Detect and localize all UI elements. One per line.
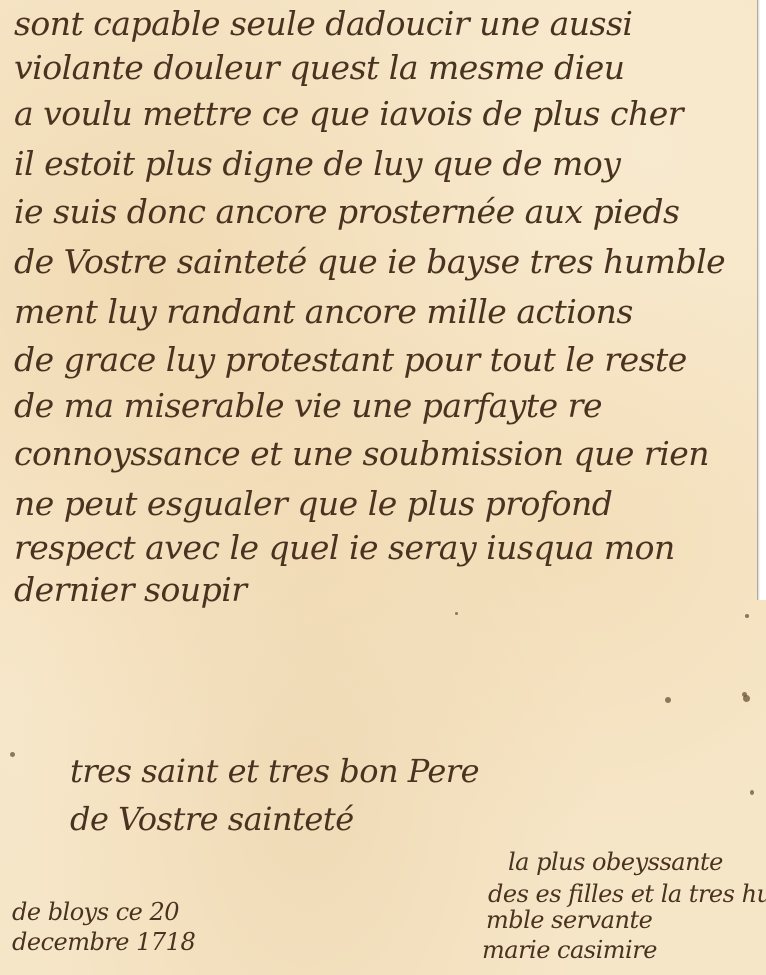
body-line-12: respect avec le quel ie seray iusqua mon <box>14 528 675 567</box>
foxing-spot <box>10 752 15 757</box>
body-line-10: connoyssance et une soubmission que rien <box>14 434 709 473</box>
body-line-5: ie suis donc ancore prosternée aux pieds <box>14 192 679 231</box>
dateline-date: decembre 1718 <box>12 928 195 956</box>
signature-name: marie casimire <box>482 936 657 964</box>
dateline-place: de bloys ce 20 <box>12 898 179 926</box>
closing-line-2: de Vostre sainteté <box>70 800 354 838</box>
body-line-13: dernier soupir <box>14 570 247 609</box>
body-line-7: ment luy randant ancore mille actions <box>14 292 633 331</box>
body-line-8: de grace luy protestant pour tout le res… <box>14 340 687 379</box>
foxing-spot <box>665 697 671 703</box>
page-edge <box>757 0 766 600</box>
manuscript-page: sont capable seule dadoucir une aussi vi… <box>0 0 766 975</box>
body-line-2: violante douleur quest la mesme dieu <box>14 48 625 87</box>
body-line-3: a voulu mettre ce que iavois de plus che… <box>14 94 683 133</box>
signature-line-3: mble servante <box>486 906 652 934</box>
closing-line-1: tres saint et tres bon Pere <box>70 752 479 790</box>
body-line-11: ne peut esgualer que le plus profond <box>14 484 612 523</box>
foxing-spot <box>745 614 749 618</box>
foxing-spot <box>750 790 754 795</box>
body-line-4: il estoit plus digne de luy que de moy <box>14 144 620 183</box>
signature-line-1: la plus obeyssante <box>508 848 723 876</box>
foxing-spot <box>455 612 458 615</box>
signature-line-2: des es filles et la tres hu <box>488 880 766 908</box>
foxing-spot <box>742 692 747 697</box>
body-line-6: de Vostre sainteté que ie bayse tres hum… <box>14 242 725 281</box>
body-line-9: de ma miserable vie une parfayte re <box>14 386 602 425</box>
body-line-1: sont capable seule dadoucir une aussi <box>14 4 632 43</box>
